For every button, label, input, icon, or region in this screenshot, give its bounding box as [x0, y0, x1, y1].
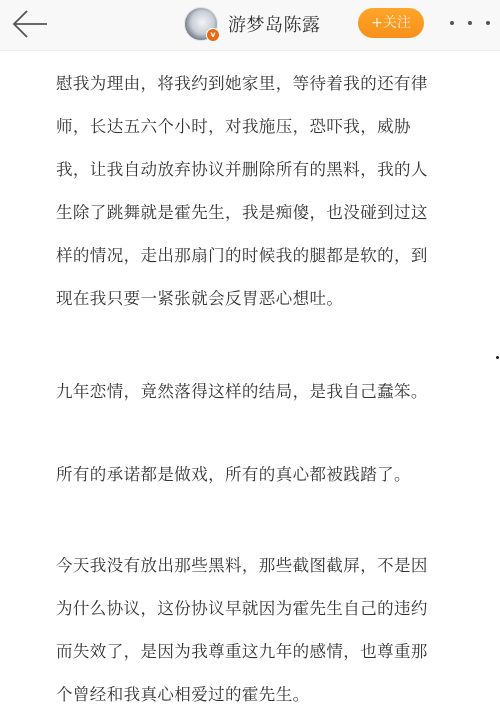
text-line: 生除了跳舞就是霍先生，我是痴傻，也没碰到过这 — [56, 191, 446, 234]
username[interactable]: 游梦岛陈露 — [228, 11, 321, 37]
text-line: 师，长达五六个小时，对我施压，恐吓我，威胁 — [56, 105, 446, 148]
text-line: 慰我为理由，将我约到她家里，等待着我的还有律 — [56, 62, 446, 105]
text-line: 九年恋情，竟然落得这样的结局，是我自己蠢笨。 — [56, 370, 446, 413]
text-line: 今天我没有放出那些黑料，那些截图截屏，不是因 — [56, 544, 446, 587]
more-dots-icon — [468, 21, 472, 25]
paragraph-4: 今天我没有放出那些黑料，那些截图截屏，不是因 为什么协议，这份协议早就因为霍先生… — [56, 544, 446, 716]
arrow-left-icon — [10, 8, 50, 40]
back-button[interactable] — [10, 8, 50, 40]
text-line: 所有的承诺都是做戏，所有的真心都被践踏了。 — [56, 453, 446, 496]
text-line: 为什么协议，这份协议早就因为霍先生自己的违约 — [56, 587, 446, 630]
text-line: 现在我只要一紧张就会反胃恶心想吐。 — [56, 277, 446, 320]
paragraph-spacer — [56, 496, 446, 544]
paragraph-3: 所有的承诺都是做戏，所有的真心都被践踏了。 — [56, 453, 446, 496]
more-dots-icon — [450, 21, 454, 25]
paragraph-spacer — [56, 320, 446, 370]
verified-badge-icon: v — [206, 28, 220, 42]
profile-info[interactable]: v 游梦岛陈露 — [184, 6, 321, 42]
text-line: 我，让我自动放弃协议并删除所有的黑料，我的人 — [56, 148, 446, 191]
top-nav-bar: v 游梦岛陈露 +关注 — [0, 0, 500, 51]
paragraph-spacer — [56, 413, 446, 453]
paragraph-2: 九年恋情，竟然落得这样的结局，是我自己蠢笨。 — [56, 370, 446, 413]
avatar[interactable]: v — [184, 7, 218, 41]
decorative-dot — [496, 356, 499, 359]
follow-button[interactable]: +关注 — [358, 8, 424, 38]
text-line: 样的情况，走出那扇门的时候我的腿都是软的，到 — [56, 234, 446, 277]
paragraph-1: 慰我为理由，将我约到她家里，等待着我的还有律 师，长达五六个小时，对我施压，恐吓… — [56, 62, 446, 320]
text-line: 而失效了，是因为我尊重这九年的感情，也尊重那 — [56, 630, 446, 673]
post-body: 慰我为理由，将我约到她家里，等待着我的还有律 师，长达五六个小时，对我施压，恐吓… — [56, 62, 446, 716]
text-line: 个曾经和我真心相爱过的霍先生。 — [56, 673, 446, 716]
more-dots-icon — [486, 21, 490, 25]
more-options-button[interactable] — [450, 12, 490, 34]
